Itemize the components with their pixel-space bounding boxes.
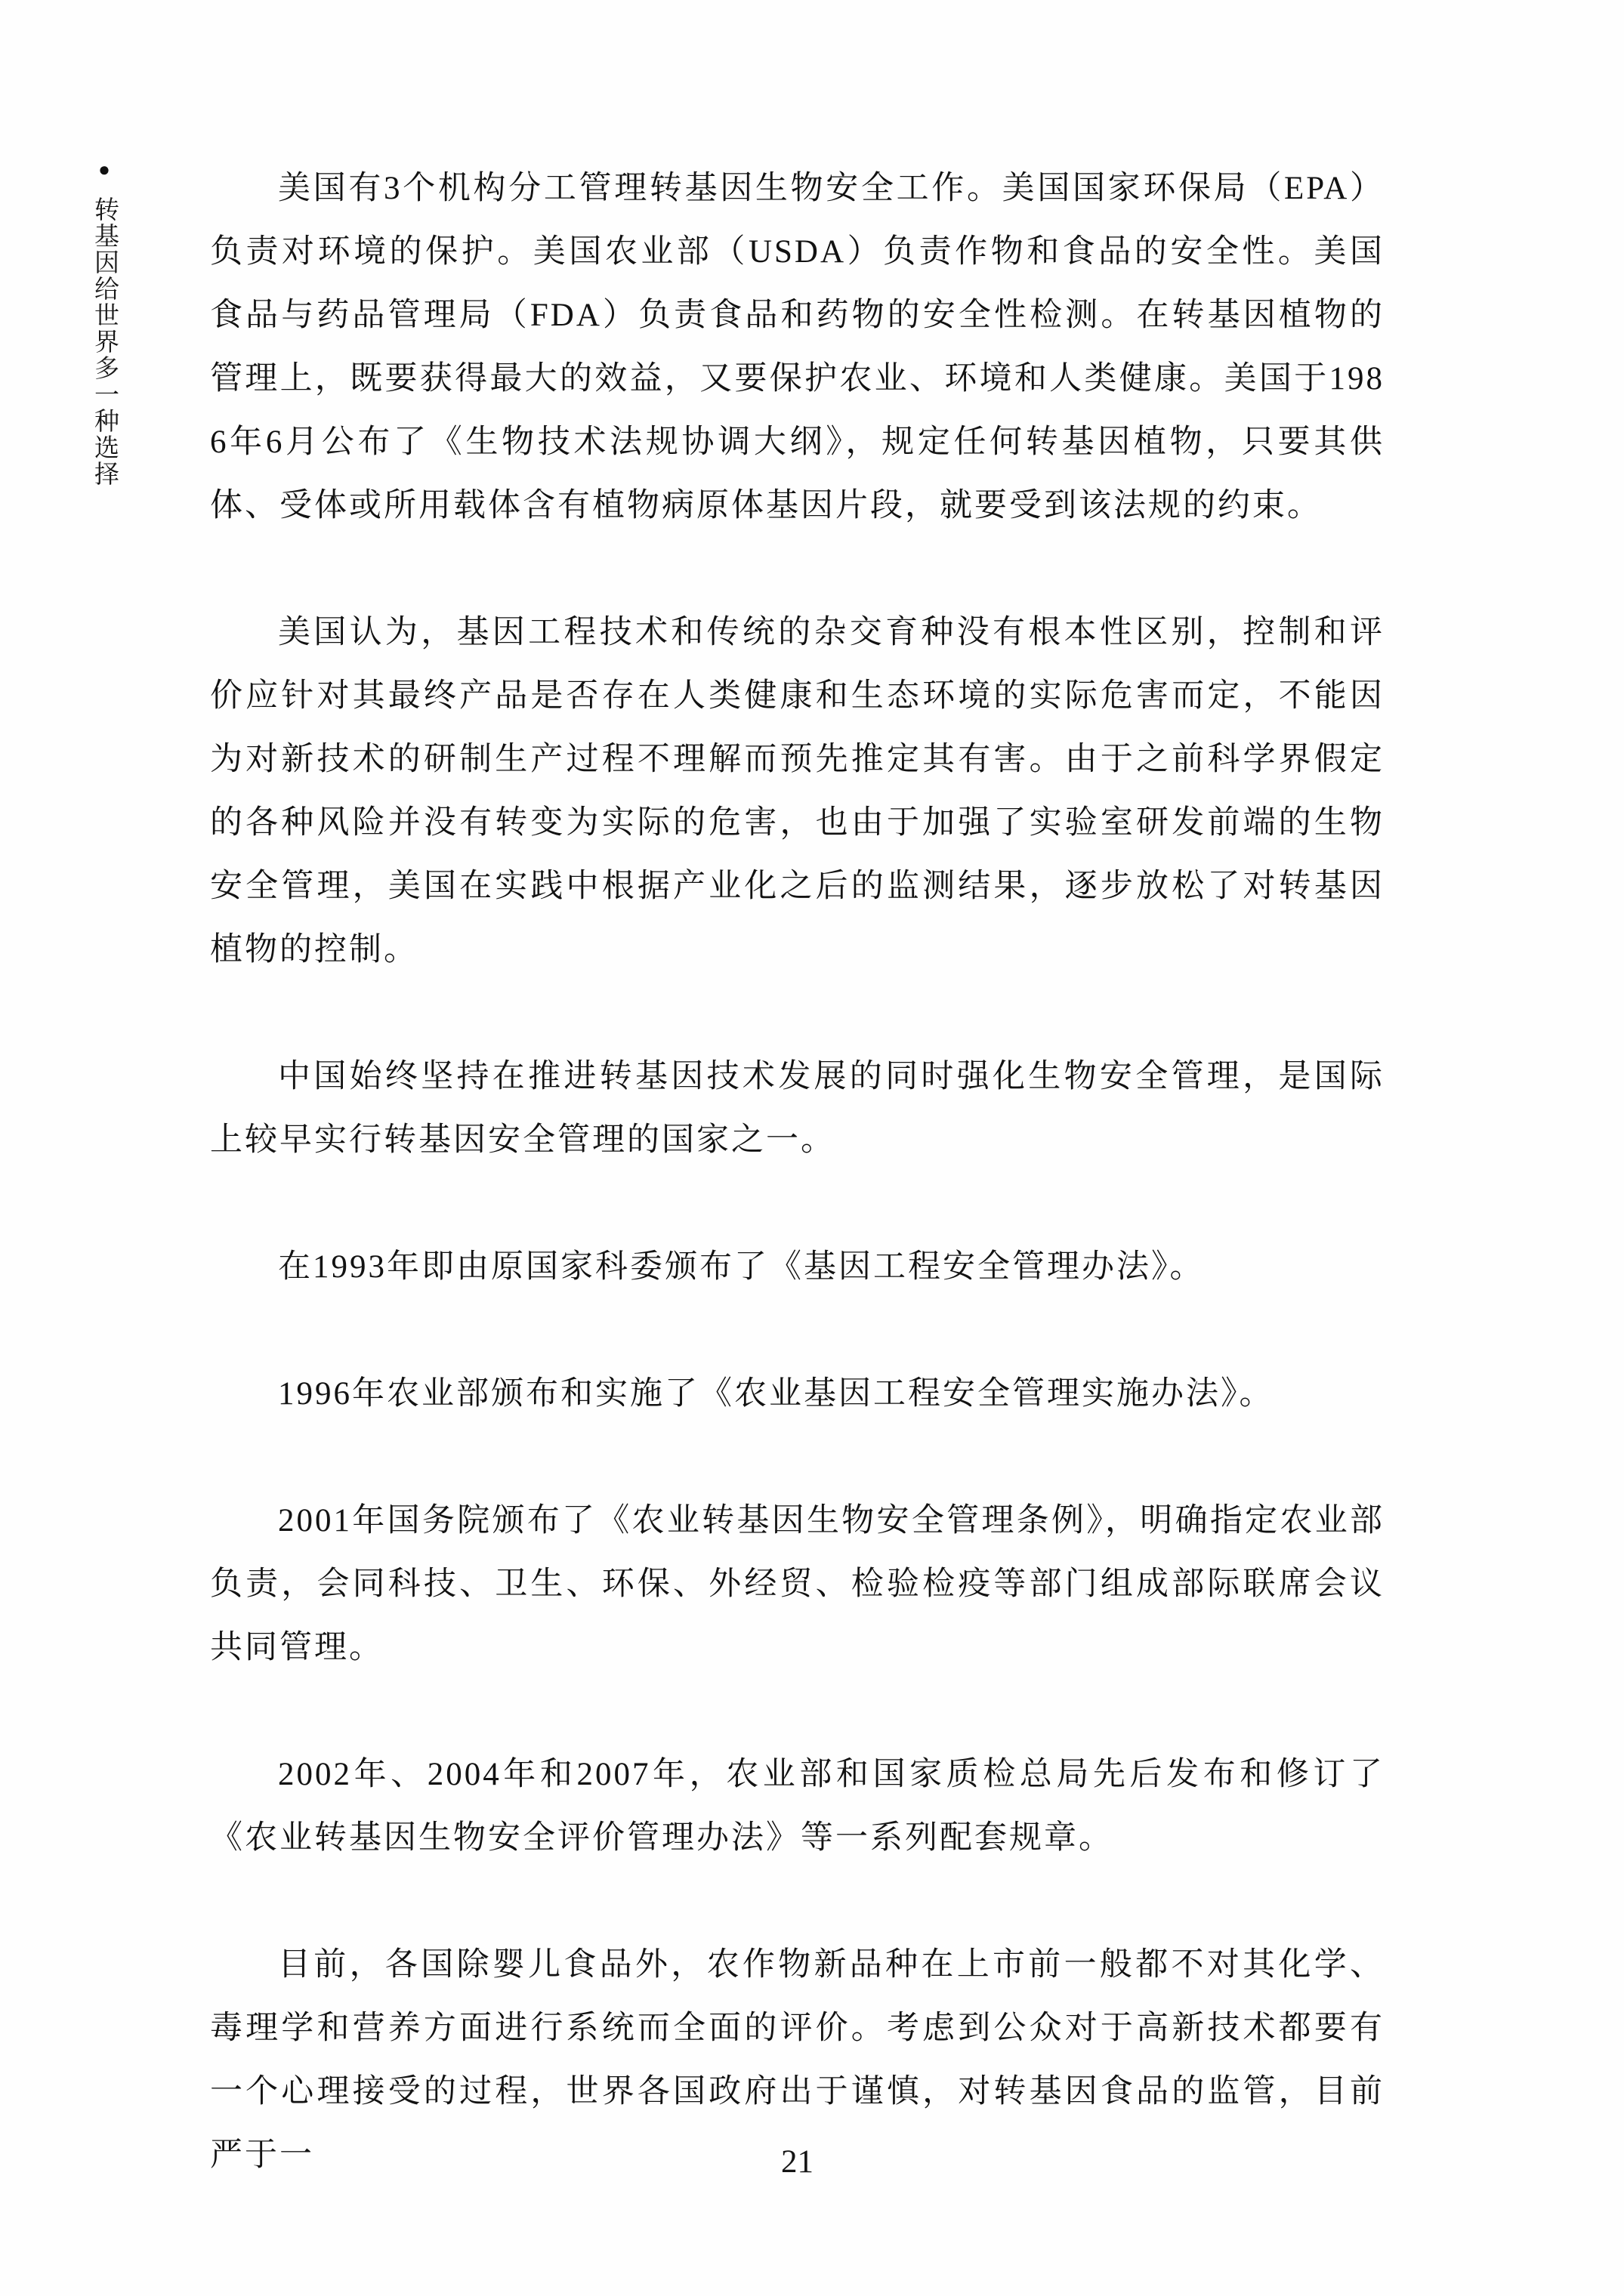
paragraph-us-agencies: 美国有3个机构分工管理转基因生物安全工作。美国国家环保局（EPA）负责对环境的保… — [210, 157, 1385, 538]
paragraph-1996-measures: 1996年农业部颁布和实施了《农业基因工程安全管理实施办法》。 — [210, 1362, 1385, 1426]
body-text-block: 美国有3个机构分工管理转基因生物安全工作。美国国家环保局（EPA）负责对环境的保… — [210, 157, 1385, 2187]
scanned-book-page: ● 转基因给世界多一种选择 美国有3个机构分工管理转基因生物安全工作。美国国家环… — [0, 0, 1624, 2296]
section-bullet-icon: ● — [98, 160, 110, 180]
margin-sidebar: ● 转基因给世界多一种选择 — [88, 160, 121, 487]
paragraph-1993-measures: 在1993年即由原国家科委颁布了《基因工程安全管理办法》。 — [210, 1236, 1385, 1299]
paragraph-us-view: 美国认为，基因工程技术和传统的杂交育种没有根本性区别，控制和评价应针对其最终产品… — [210, 601, 1385, 982]
paragraph-2001-regulation: 2001年国务院颁布了《农业转基因生物安全管理条例》，明确指定农业部负责，会同科… — [210, 1489, 1385, 1680]
paragraph-2002-2007-rules: 2002年、2004年和2007年，农业部和国家质检总局先后发布和修订了《农业转… — [210, 1743, 1385, 1870]
book-title-vertical: 转基因给世界多一种选择 — [88, 196, 121, 487]
paragraph-china-policy: 中国始终坚持在推进转基因技术发展的同时强化生物安全管理，是国际上较早实行转基因安… — [210, 1045, 1385, 1172]
page-number: 21 — [210, 2143, 1385, 2181]
